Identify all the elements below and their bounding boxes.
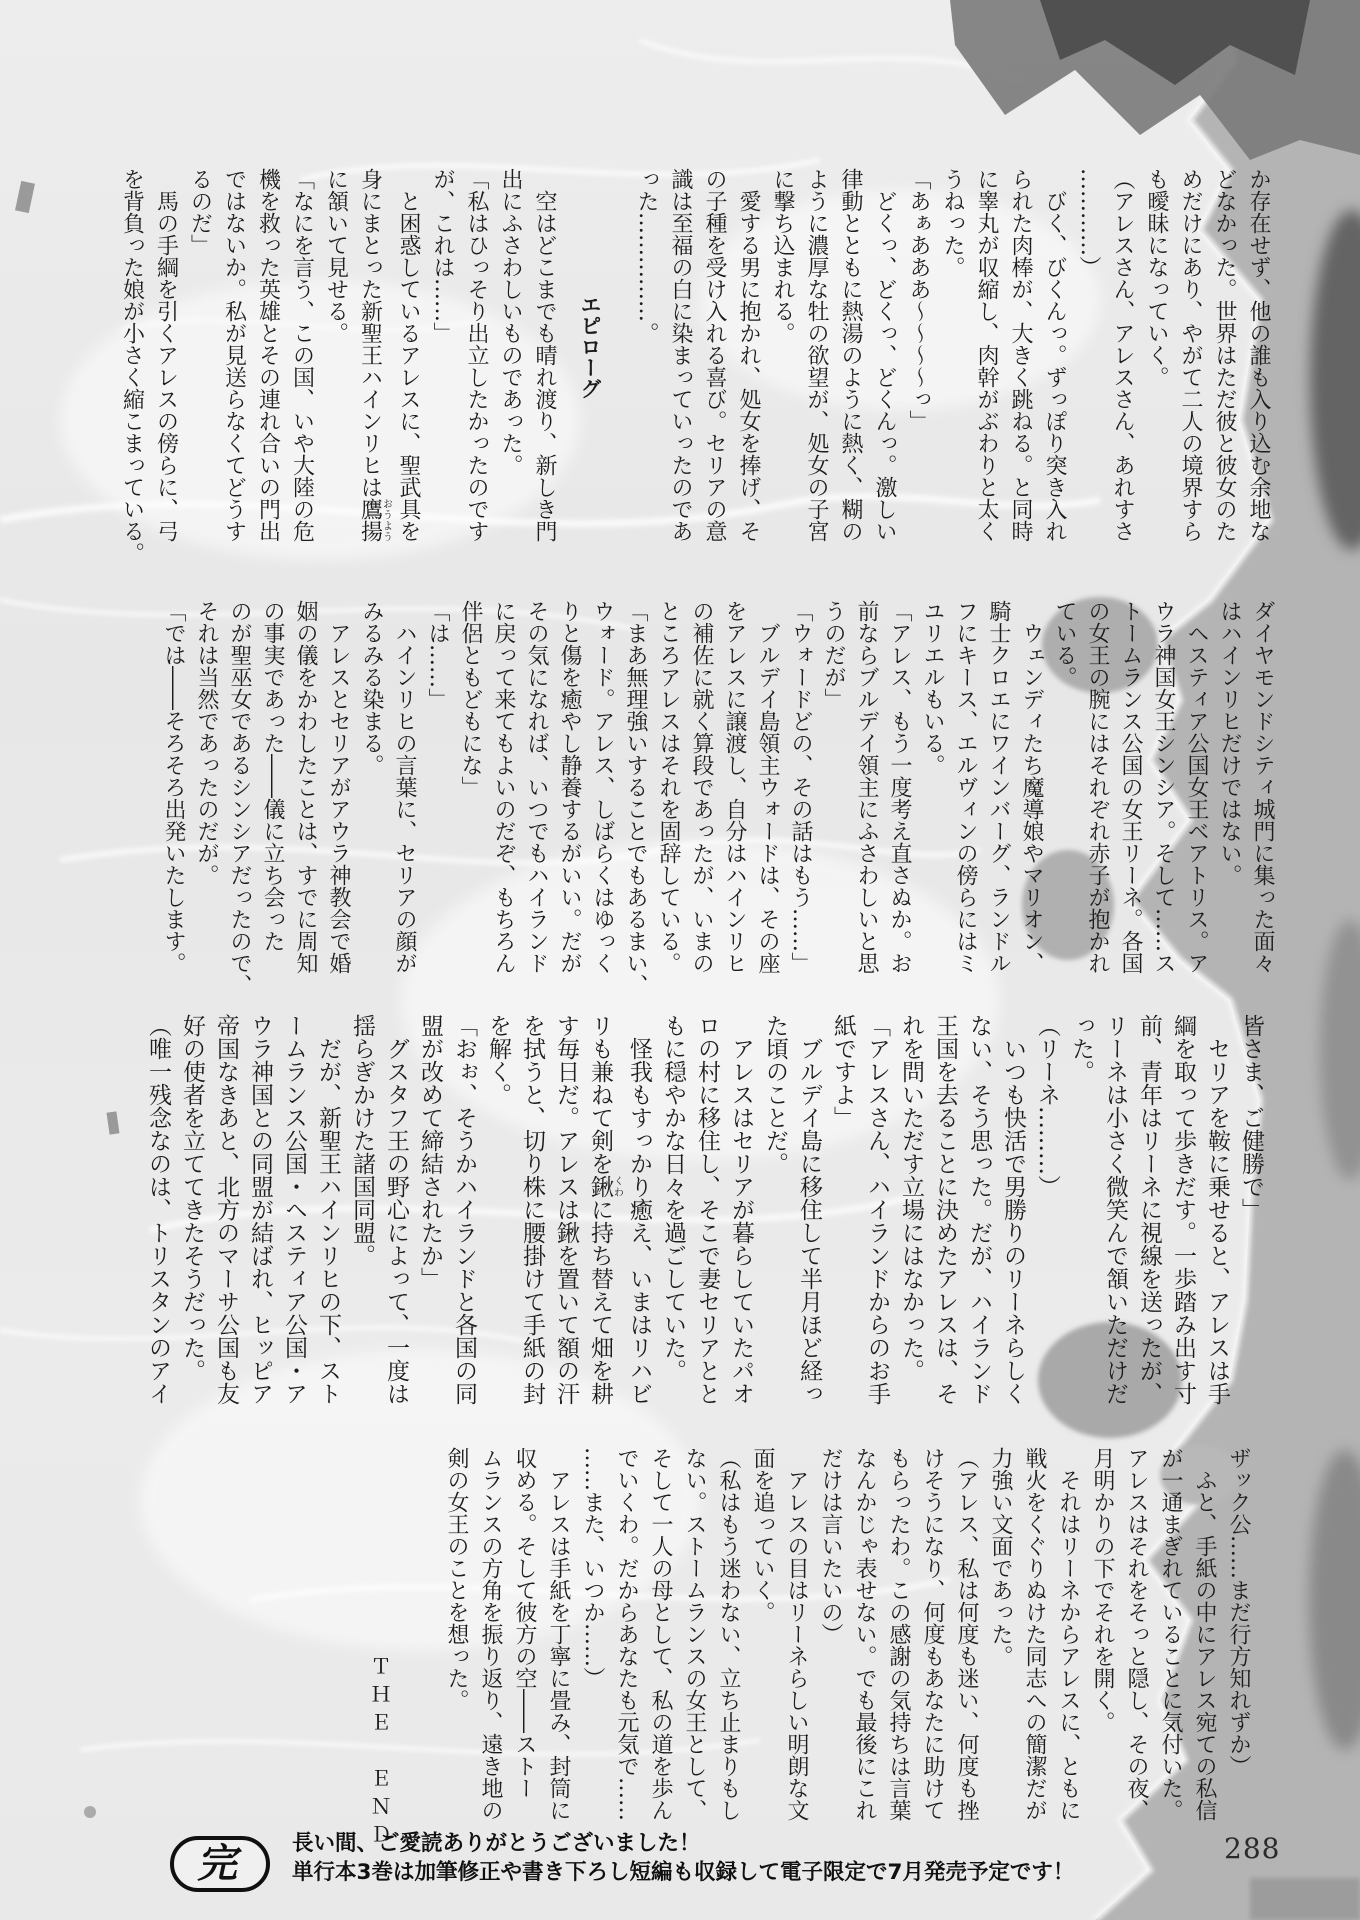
text-column: を背負った娘が小さく縮こまっている。 xyxy=(115,168,149,564)
text-column: 収める。そして彼方の空――ストー xyxy=(507,1447,541,1851)
text-column: の補佐に就く算段であったが、いまの xyxy=(685,600,718,996)
kan-end-mark: 完 xyxy=(196,1844,245,1884)
text-column: アレスはそれをそっと隠し、その夜、 xyxy=(1119,1447,1153,1851)
text-column: 「おぉ、そうかハイランドと各国の同 xyxy=(447,1014,481,1405)
text-column: ふと、手紙の中にアレス宛ての私信 xyxy=(1187,1447,1221,1851)
the-end-column: ＴＨＥ ＥＮＤ xyxy=(363,1447,397,1851)
text-column: ……また、いつか……） xyxy=(575,1447,609,1851)
text-column: 「は……」 xyxy=(421,600,454,996)
text-column: れを問いただす立場にはなかった。 xyxy=(894,1014,928,1405)
text-column: アレスは手紙を丁寧に畳み、封筒に xyxy=(541,1447,575,1851)
text-column: …………） xyxy=(1071,168,1105,564)
text-column: ブルデイ島に移住して半月ほど経っ xyxy=(792,1014,826,1405)
text-column: ヘスティア公国女王ベアトリス。ア xyxy=(1180,600,1213,996)
text-column: 「アレスさん、ハイランドからのお手 xyxy=(860,1014,894,1405)
text-column: それはリーネからアレスに、ともに xyxy=(1051,1447,1085,1851)
text-column: みるみる染まる。 xyxy=(355,600,388,996)
text-column: もらったわ。この感謝の気持ちは言葉 xyxy=(881,1447,915,1851)
text-column: に戻って来てもよいのだぞ、もちろん xyxy=(487,600,520,996)
text-column: の子種を受け入れる喜び。セリアの意 xyxy=(697,168,731,564)
text-column: ウォード。アレス、しばらくはゆっく xyxy=(586,600,619,996)
text-column: 王国を去ることに決めたアレスは、そ xyxy=(928,1014,962,1405)
text-column: 揺らぎかけた諸国同盟。 xyxy=(345,1014,379,1405)
text-column: に頷いて見せる。 xyxy=(319,168,353,564)
text-column: のが聖巫女であるシンシアだったので、 xyxy=(223,600,256,996)
text-column: に撃ち込まれる。 xyxy=(765,168,799,564)
text-column: 姻の儀をかわしたことは、すでに周知 xyxy=(289,600,322,996)
text-column: が、これは……」 xyxy=(425,168,459,564)
text-column: アレスとセリアがアウラ神教会で婚 xyxy=(322,600,355,996)
kan-end-badge: 完 xyxy=(170,1836,270,1892)
text-column: ロの村に移住し、そこで妻セリアとと xyxy=(690,1014,724,1405)
text-column: す毎日だ。アレスは鍬を置いて額の汗 xyxy=(549,1014,583,1405)
text-column: 伴侶ともどもにな」 xyxy=(454,600,487,996)
text-column: ブルデイ島領主ウォードは、その座 xyxy=(751,600,784,996)
text-column: いつも快活で男勝りのリーネらしく xyxy=(996,1014,1030,1405)
text-column: ハインリヒの言葉に、セリアの顔が xyxy=(388,600,421,996)
text-column: られた肉棒が、大きく跳ねる。と同時 xyxy=(1003,168,1037,564)
text-column: その気になれば、いつでもハイランド xyxy=(520,600,553,996)
text-column: トームランス公国の女王リーネ。各国 xyxy=(1114,600,1147,996)
text-column: 月明かりの下でそれを開く。 xyxy=(1085,1447,1119,1851)
text-row-1: か存在せず、他の誰も入り込む余地などなかった。世界はただ彼と彼女のためだけにあり… xyxy=(115,168,1276,564)
text-column: アレスの目はリーネらしい明朗な文 xyxy=(779,1447,813,1851)
text-column: を解く。 xyxy=(481,1014,515,1405)
text-column: ームランス公国・ヘスティア公国・ア xyxy=(277,1014,311,1405)
text-column: （アレスさん、アレスさん、あれすさ xyxy=(1105,168,1139,564)
text-column: 愛する男に抱かれ、処女を捧げ、そ xyxy=(731,168,765,564)
text-column: だが、新聖王ハインリヒの下、スト xyxy=(311,1014,345,1405)
text-column: めだけにあり、やがて二人の境界すら xyxy=(1173,168,1207,564)
text-column: びく、びくんっ。ずっぽり突き入れ xyxy=(1037,168,1071,564)
text-column: 識は至福の白に染まっていったのであ xyxy=(663,168,697,564)
text-column: （リーネ………） xyxy=(1030,1014,1064,1405)
footer-thanks-line: 長い間、ご愛読ありがとうございました！ xyxy=(292,1833,701,1855)
text-column: セリアを鞍に乗せると、アレスは手 xyxy=(1200,1014,1234,1405)
text-column: 綱を取って歩きだす。一歩踏み出す寸 xyxy=(1166,1014,1200,1405)
text-column: グスタフ王の野心によって、一度は xyxy=(379,1014,413,1405)
text-column: か存在せず、他の誰も入り込む余地な xyxy=(1241,168,1275,564)
text-column: 「あぁあああ～～～～っ」 xyxy=(901,168,935,564)
text-column: 機を救った英雄とその連れ合いの門出 xyxy=(251,168,285,564)
text-column: リも兼ねて剣を鍬くわに持ち替えて畑を耕 xyxy=(583,1014,622,1405)
text-column: た頃のことだ。 xyxy=(758,1014,792,1405)
text-column: 皆さま、ご健勝で」 xyxy=(1234,1014,1268,1405)
novel-page: か存在せず、他の誰も入り込む余地などなかった。世界はただ彼と彼女のためだけにあり… xyxy=(0,0,1360,1920)
text-column: （アレス、私は何度も迷い、何度も挫 xyxy=(949,1447,983,1851)
text-column: うのだが」 xyxy=(817,600,850,996)
text-row-3: 皆さま、ご健勝で」 セリアを鞍に乗せると、アレスは手綱を取って歩きだす。一歩踏み… xyxy=(141,1014,1268,1405)
text-column: ウェンディたち魔導娘やマリオン、 xyxy=(1015,600,1048,996)
text-column: 「では――そろそろ出発いたします。 xyxy=(157,600,190,996)
text-column: 帝国なきあと、北方のマーサ公国も友 xyxy=(209,1014,243,1405)
text-column: どなかった。世界はただ彼と彼女のた xyxy=(1207,168,1241,564)
text-column: ムランスの方角を振り返り、遠き地の xyxy=(473,1447,507,1851)
text-column: 馬の手綱を引くアレスの傍らに、弓 xyxy=(149,168,183,564)
text-column: も曖昧になっていく。 xyxy=(1139,168,1173,564)
text-column: けそうになり、何度もあなたに助けて xyxy=(915,1447,949,1851)
text-column: ユリエルもいる。 xyxy=(916,600,949,996)
text-column: 騎士クロエにワインバーグ、ランドル xyxy=(982,600,1015,996)
text-column: ない。ストームランスの女王として、 xyxy=(677,1447,711,1851)
text-column: をアレスに譲渡し、自分はハインリヒ xyxy=(718,600,751,996)
text-column: 怪我もすっかり癒え、いまはリハビ xyxy=(622,1014,656,1405)
text-column: 戦火をくぐりぬけた同志への簡潔だが xyxy=(1017,1447,1051,1851)
text-column: ウラ神国女王シンシア。そして……ス xyxy=(1147,600,1180,996)
text-column: だけは言いたいの） xyxy=(813,1447,847,1851)
text-column: に睾丸が収縮し、肉幹がぶわりと太く xyxy=(969,168,1003,564)
text-column: ザック公……まだ行方知れずか） xyxy=(1221,1447,1255,1851)
text-column: どくっ、どくっ、どくんっ。激しい xyxy=(867,168,901,564)
text-column: った。 xyxy=(1064,1014,1098,1405)
text-column: 「アレス、もう一度考え直さぬか。お xyxy=(883,600,916,996)
text-column: ではないか。私が見送らなくてどうす xyxy=(217,168,251,564)
heading-column: エピローグ xyxy=(573,168,607,564)
text-column: 力強い文面であった。 xyxy=(983,1447,1017,1851)
text-column: 紙ですよ」 xyxy=(826,1014,860,1405)
text-column: 盟が改めて締結されたか」 xyxy=(413,1014,447,1405)
text-column: 律動とともに熱湯のように熱く、糊の xyxy=(833,168,867,564)
text-column: 身にまとった新聖王ハインリヒは鷹揚おうよう xyxy=(353,168,392,564)
text-column: ない、そう思った。だが、ハイランド xyxy=(962,1014,996,1405)
text-column: 「私はひっそり出立したかったのです xyxy=(459,168,493,564)
text-column: 面を追っていく。 xyxy=(745,1447,779,1851)
text-row-2: ダイヤモンドシティ城門に集った面々はハインリヒだけではない。 ヘスティア公国女王… xyxy=(157,600,1279,996)
text-column: はハインリヒだけではない。 xyxy=(1213,600,1246,996)
text-column: りと傷を癒やし静養するがいい。だが xyxy=(553,600,586,996)
footer-announcement-line: 単行本3巻は加筆修正や書き下ろし短編も収録して電子限定で7月発売予定です！ xyxy=(292,1862,1074,1884)
text-column: の女王の腕にはそれぞれ赤子が抱かれ xyxy=(1081,600,1114,996)
text-column: もに穏やかな日々を過ごしていた。 xyxy=(656,1014,690,1405)
text-column: が一通まぎれていることに気付いた。 xyxy=(1153,1447,1187,1851)
text-column: そして一人の母として、私の道を歩ん xyxy=(643,1447,677,1851)
text-column: ように濃厚な牡の欲望が、処女の子宮 xyxy=(799,168,833,564)
text-column: でいくわ。だからあなたも元気で…… xyxy=(609,1447,643,1851)
text-column: （私はもう迷わない、立ち止まりもし xyxy=(711,1447,745,1851)
text-column: るのだ」 xyxy=(183,168,217,564)
text-row-4: ザック公……まだ行方知れずか） ふと、手紙の中にアレス宛ての私信が一通まぎれてい… xyxy=(353,1447,1255,1851)
text-column: ている。 xyxy=(1048,600,1081,996)
text-column: 前、青年はリーネに視線を送ったが、 xyxy=(1132,1014,1166,1405)
text-column: と困惑しているアレスに、聖武具を xyxy=(391,168,425,564)
text-column: 「ウォードどの、その話はもう……」 xyxy=(784,600,817,996)
page-number: 288 xyxy=(1224,1832,1280,1865)
text-column: 好の使者を立ててきたそうだった。 xyxy=(175,1014,209,1405)
text-column: なんかじゃ表せない。でも最後にこれ xyxy=(847,1447,881,1851)
text-column: った……………。 xyxy=(629,168,663,564)
text-column: 空はどこまでも晴れ渡り、新しき門 xyxy=(527,168,561,564)
text-column: ダイヤモンドシティ城門に集った面々 xyxy=(1246,600,1279,996)
text-column: 「まあ無理強いすることでもあるまい、 xyxy=(619,600,652,996)
text-column: 「なにを言う、この国、いや大陸の危 xyxy=(285,168,319,564)
text-column: うねった。 xyxy=(935,168,969,564)
text-column: それは当然であったのだが。 xyxy=(190,600,223,996)
text-column: 剣の女王のことを想った。 xyxy=(439,1447,473,1851)
text-column: リーネは小さく微笑んで頷いただけだ xyxy=(1098,1014,1132,1405)
text-column: を拭うと、切り株に腰掛けて手紙の封 xyxy=(515,1014,549,1405)
text-column: 出にふさわしいものであった。 xyxy=(493,168,527,564)
text-column: フにキース、エルヴィンの傍らにはミ xyxy=(949,600,982,996)
text-column: ところアレスはそれを固辞している。 xyxy=(652,600,685,996)
text-column: 前ならブルデイ領主にふさわしいと思 xyxy=(850,600,883,996)
text-column: ウラ神国との同盟が結ばれ、ヒッピア xyxy=(243,1014,277,1405)
text-column: アレスはセリアが暮らしていたパオ xyxy=(724,1014,758,1405)
text-column: の事実であった――儀に立ち会った xyxy=(256,600,289,996)
text-column: （唯一残念なのは、トリスタンのアイ xyxy=(141,1014,175,1405)
